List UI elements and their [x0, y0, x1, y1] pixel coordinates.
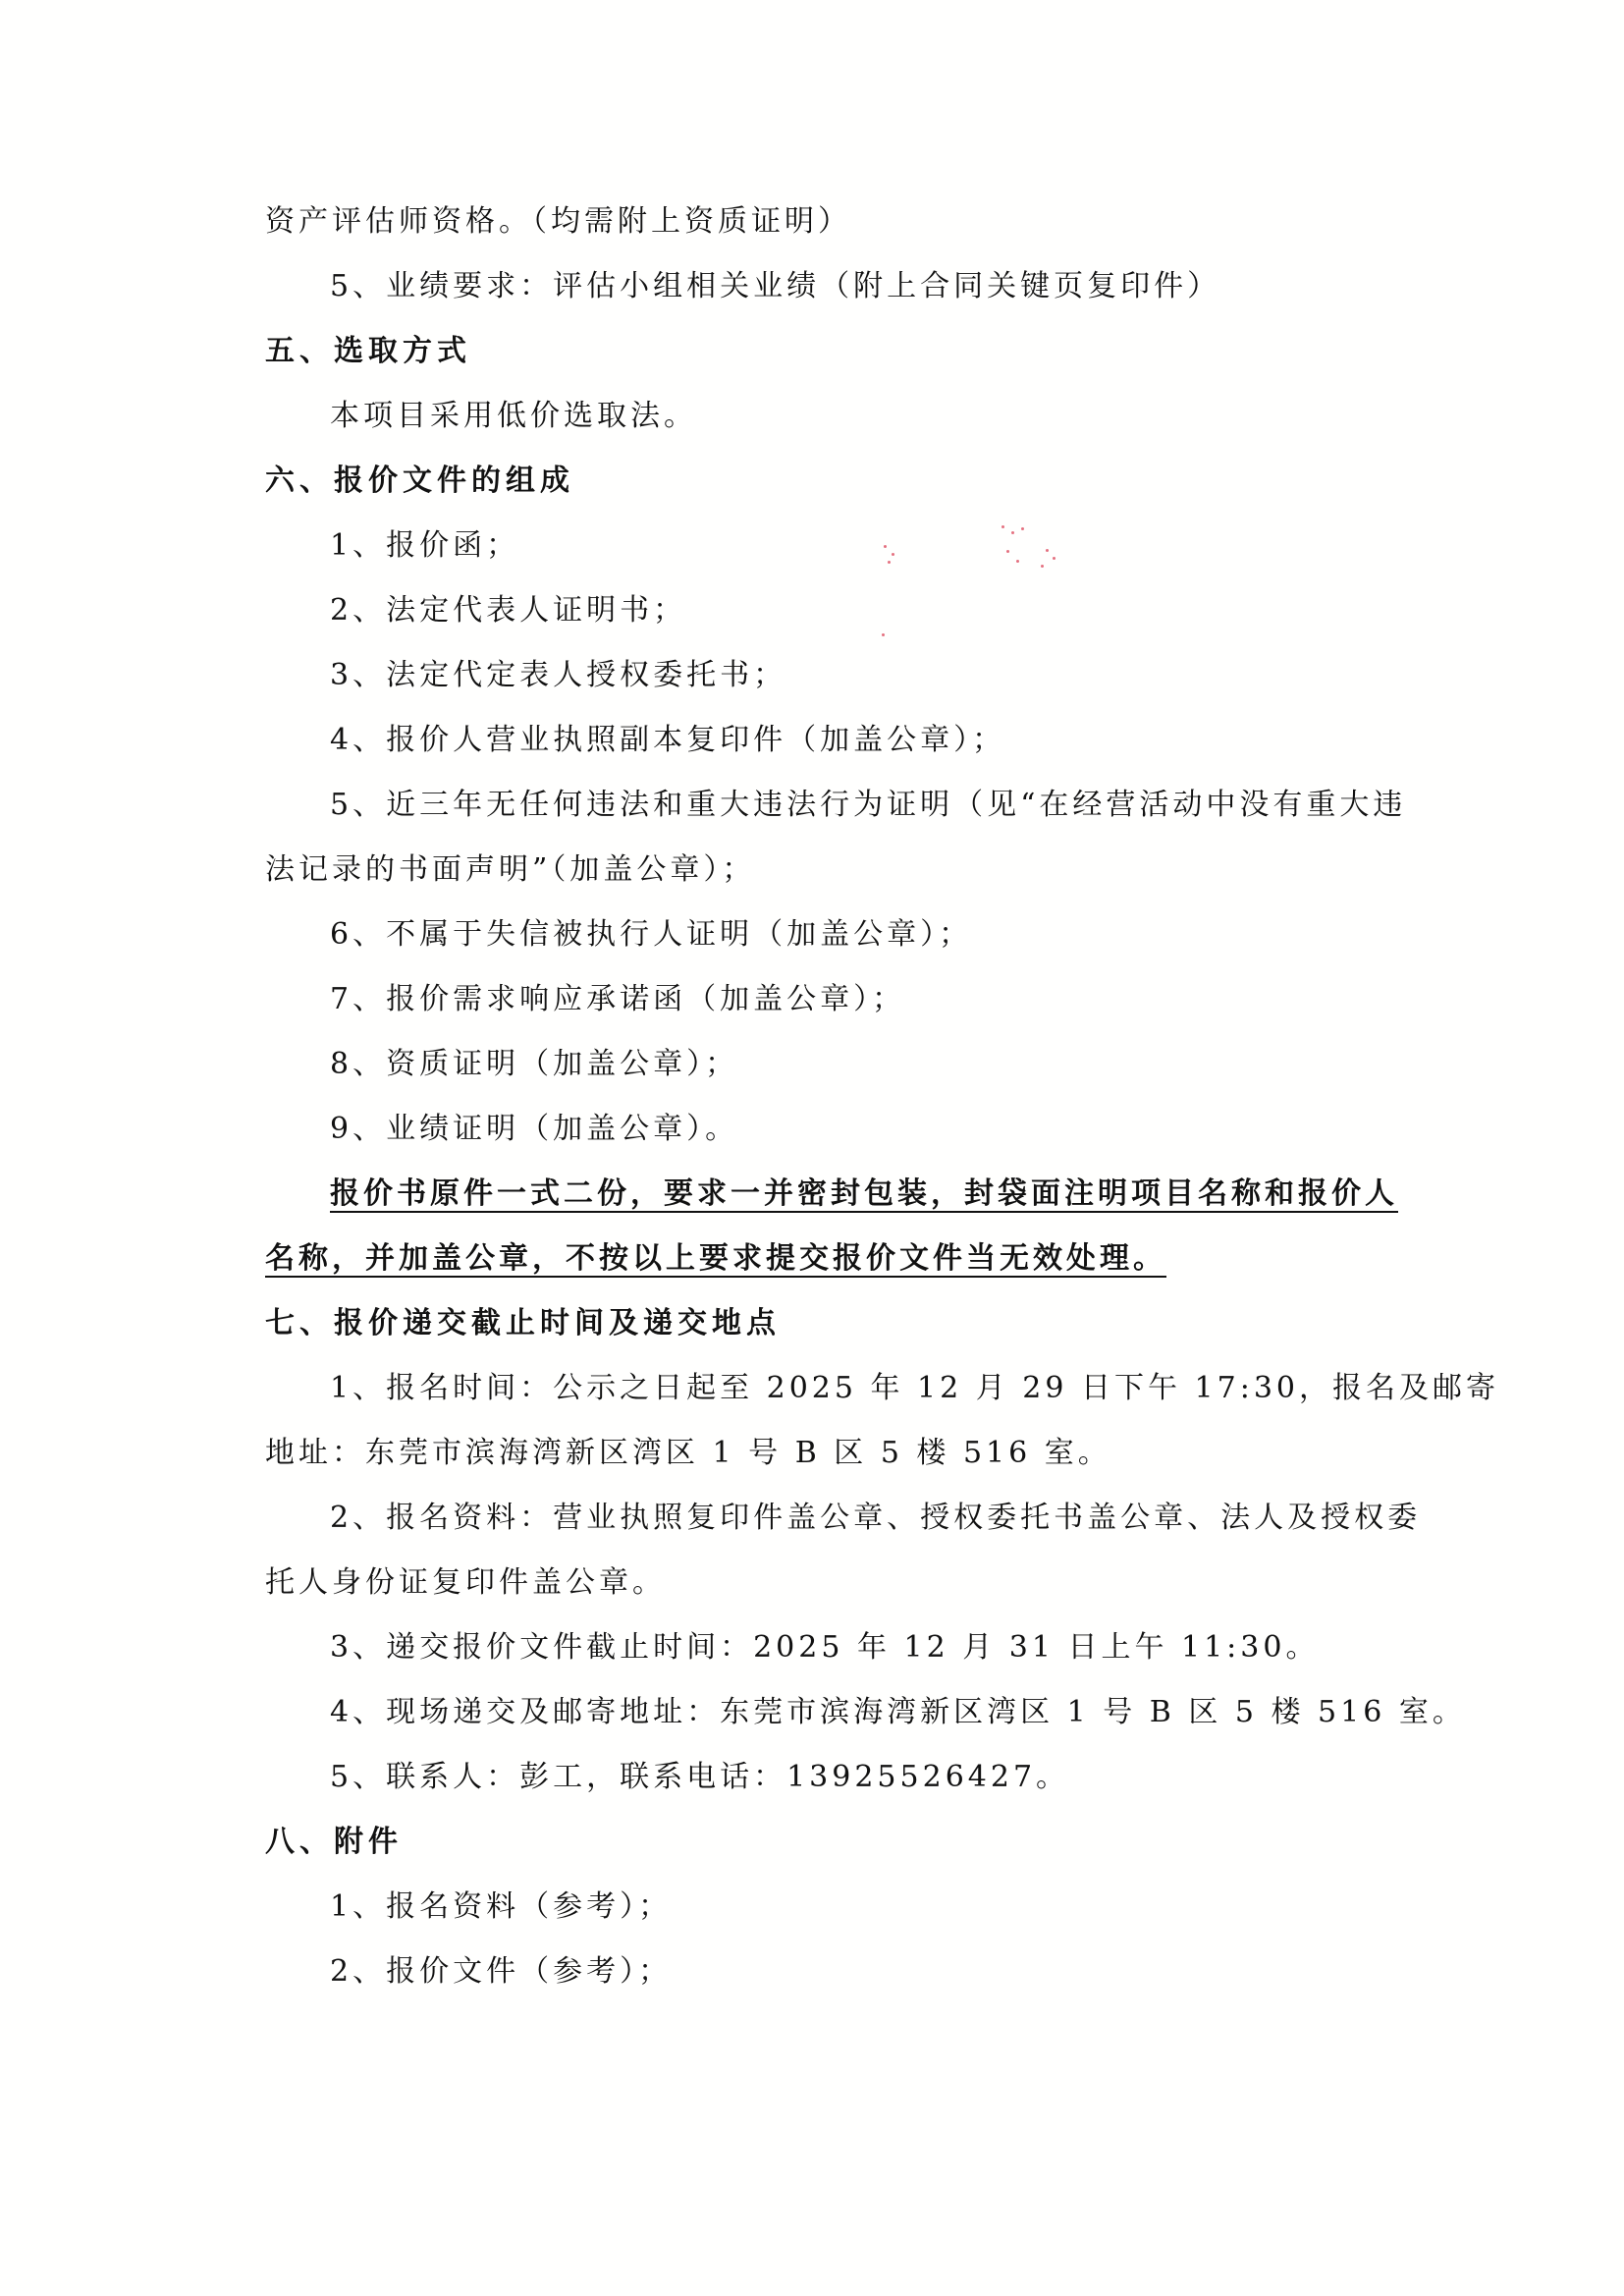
section-8-item-1: 1、报名资料（参考）；	[330, 1887, 672, 1927]
section-6-item-2: 2、法定代表人证明书；	[330, 591, 686, 630]
section-7-item-4: 4、现场递交及邮寄地址：东莞市滨海湾新区湾区 1 号 B 区 5 楼 516 室…	[330, 1693, 1466, 1732]
section-5-heading: 五、选取方式	[265, 332, 471, 371]
submission-notice-line-1: 报价书原件一式二份，要求一并密封包装，封袋面注明项目名称和报价人	[330, 1175, 1398, 1214]
section-8-item-2: 2、报价文件（参考）；	[330, 1952, 672, 1992]
section-6-item-7: 7、报价需求响应承诺函（加盖公章）；	[330, 980, 905, 1019]
section-7-item-1-continued: 地址：东莞市滨海湾新区湾区 1 号 B 区 5 楼 516 室。	[265, 1434, 1111, 1473]
section-7-item-2: 2、报名资料：营业执照复印件盖公章、授权委托书盖公章、法人及授权委	[330, 1499, 1421, 1538]
faint-stamp-residue	[864, 506, 1060, 633]
section-6-item-8: 8、资质证明（加盖公章）；	[330, 1045, 738, 1084]
section-7-item-3: 3、递交报价文件截止时间：2025 年 12 月 31 日上午 11:30。	[330, 1628, 1319, 1667]
section-6-item-6: 6、不属于失信被执行人证明（加盖公章）；	[330, 915, 972, 955]
submission-notice-line-2: 名称，并加盖公章，不按以上要求提交报价文件当无效处理。	[265, 1239, 1166, 1279]
section-7-item-1: 1、报名时间：公示之日起至 2025 年 12 月 29 日下午 17:30，报…	[330, 1369, 1499, 1408]
section-6-item-9: 9、业绩证明（加盖公章）。	[330, 1110, 738, 1149]
section-6-heading: 六、报价文件的组成	[265, 462, 574, 501]
section-6-item-4: 4、报价人营业执照副本复印件（加盖公章）；	[330, 721, 1005, 760]
document-page: 资产评估师资格。（均需附上资质证明） 5、业绩要求：评估小组相关业绩（附上合同关…	[0, 0, 1624, 2296]
section-7-item-5: 5、联系人：彭工，联系电话：13925526427。	[330, 1758, 1069, 1797]
section-5-body: 本项目采用低价选取法。	[330, 397, 697, 436]
section-7-item-2-continued: 托人身份证复印件盖公章。	[265, 1563, 666, 1603]
section-6-item-1: 1、报价函；	[330, 526, 519, 566]
section-6-item-5: 5、近三年无任何违法和重大违法行为证明（见“在经营活动中没有重大违	[330, 786, 1406, 825]
section-6-item-5-continued: 法记录的书面声明”（加盖公章）；	[265, 850, 755, 890]
performance-requirement: 5、业绩要求：评估小组相关业绩（附上合同关键页复印件）	[330, 267, 1220, 306]
qualification-continuation: 资产评估师资格。（均需附上资质证明）	[265, 202, 851, 242]
section-8-heading: 八、附件	[265, 1823, 403, 1862]
section-7-heading: 七、报价递交截止时间及递交地点	[265, 1304, 781, 1343]
section-6-item-3: 3、法定代定表人授权委托书；	[330, 656, 786, 695]
